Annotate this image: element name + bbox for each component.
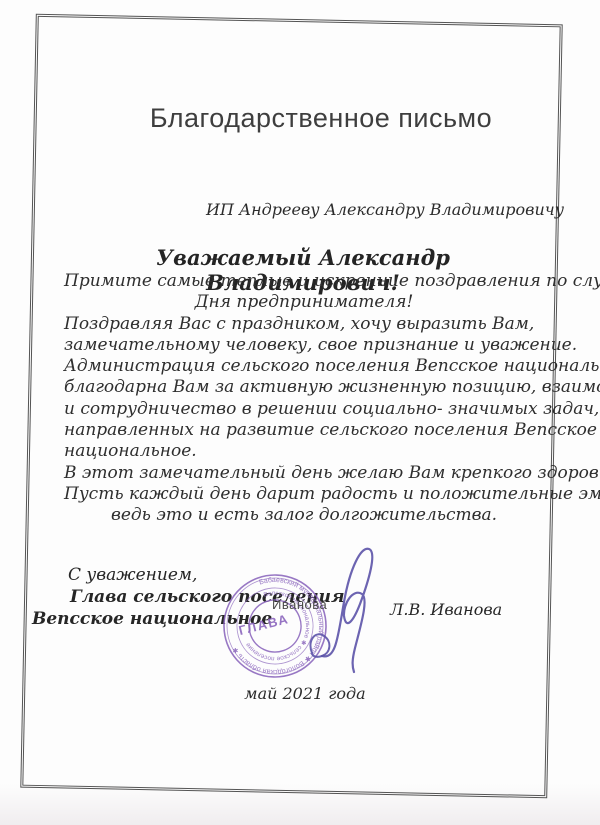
body-line: национальное. bbox=[64, 441, 544, 462]
body-line: В этот замечательный день желаю Вам креп… bbox=[64, 463, 544, 484]
body-line: ведь это и есть залог долгожительства. bbox=[64, 505, 544, 526]
body-line: Дня предпринимателя! bbox=[64, 292, 544, 313]
body-line: Примите самые теплые и искренние поздрав… bbox=[64, 271, 544, 292]
letter-title: Благодарственное письмо bbox=[0, 103, 600, 134]
signer-name: Л.В. Иванова bbox=[390, 600, 502, 619]
body-line: Пусть каждый день дарит радость и положи… bbox=[64, 484, 544, 505]
body-line: Администрация сельского поселения Вепсск… bbox=[64, 356, 544, 377]
addressee-line: ИП Андрееву Александру Владимировичу bbox=[206, 200, 564, 219]
body-line: направленных на развитие сельского посел… bbox=[64, 420, 544, 441]
body-line: Поздравляя Вас с праздником, хочу вырази… bbox=[64, 314, 544, 335]
date-line: май 2021 года bbox=[0, 684, 600, 703]
letter-body: Примите самые теплые и искренние поздрав… bbox=[64, 271, 544, 527]
scanned-letter-page: Благодарственное письмо ИП Андрееву Алек… bbox=[0, 0, 600, 825]
body-line: и сотрудничество в решении социально- зн… bbox=[64, 399, 544, 420]
handwritten-signature bbox=[300, 540, 390, 675]
body-line: замечательному человеку, свое признание … bbox=[64, 335, 544, 356]
body-line: благодарна Вам за активную жизненную поз… bbox=[64, 377, 544, 398]
